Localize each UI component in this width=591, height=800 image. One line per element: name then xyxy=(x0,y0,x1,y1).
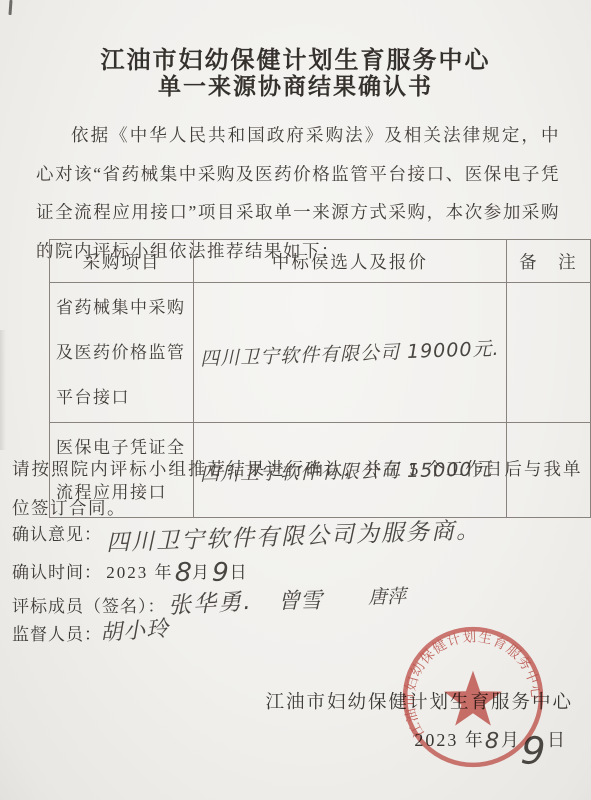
handwritten-month: 8 xyxy=(174,558,192,589)
table-header-row: 采购项目 中标侯选人及报价 备 注 xyxy=(50,240,591,283)
footer-day-unit: 日 xyxy=(547,730,567,750)
supervisor-row: 监督人员： xyxy=(12,620,102,645)
confirm-time-year: 2023 年 xyxy=(106,563,173,582)
confirm-time-row: 确认时间： 2023 年8月9日 xyxy=(12,558,249,588)
confirm-time-month-unit: 月 xyxy=(192,563,211,582)
document-title-type: 单一来源协商结果确认书 xyxy=(0,68,591,101)
confirm-opinion-row: 确认意见：四川卫宁软件有限公司为服务商。 xyxy=(12,518,481,551)
handwritten-signature: 张华勇. xyxy=(167,583,253,620)
official-red-seal: 江油市妇幼保健计划生育服务中心 xyxy=(398,622,548,772)
column-header-candidate: 中标侯选人及报价 xyxy=(194,240,507,283)
confirm-time-day-unit: 日 xyxy=(230,563,249,582)
scan-artifact-smudge xyxy=(0,330,6,450)
handwritten-signature: 唐萍 xyxy=(368,581,407,609)
seal-star-icon xyxy=(444,671,502,726)
scanned-document-page: 江油市妇幼保健计划生育服务中心 单一来源协商结果确认书 依据《中华人民共和国政府… xyxy=(0,0,591,800)
table-row: 省药械集中采购及医药价格监管平台接口 四川卫宁软件有限公司 19000元. xyxy=(50,283,591,423)
confirm-opinion-label: 确认意见： xyxy=(12,525,102,544)
handwritten-opinion: 四川卫宁软件有限公司为服务商。 xyxy=(106,511,482,557)
confirm-time-label: 确认时间： xyxy=(12,563,102,582)
column-header-project: 采购项目 xyxy=(50,240,194,283)
supervisor-label: 监督人员： xyxy=(12,625,102,644)
handwritten-signature: 曾雪 xyxy=(278,584,323,616)
column-header-note: 备 注 xyxy=(506,240,590,283)
handwritten-candidate-price: 四川卫宁软件有限公司 19000元. xyxy=(200,334,500,371)
note-cell xyxy=(506,283,590,423)
project-cell: 省药械集中采购及医药价格监管平台接口 xyxy=(50,283,194,423)
candidate-cell: 四川卫宁软件有限公司 19000元. xyxy=(194,283,507,423)
followup-paragraph: 请按照院内评标小组推荐结果进行确认，并在 5 个工作日后与我单位签订合同。 xyxy=(12,450,582,528)
scan-artifact-mark xyxy=(8,0,12,15)
handwritten-signature: 胡小玲 xyxy=(99,612,170,648)
